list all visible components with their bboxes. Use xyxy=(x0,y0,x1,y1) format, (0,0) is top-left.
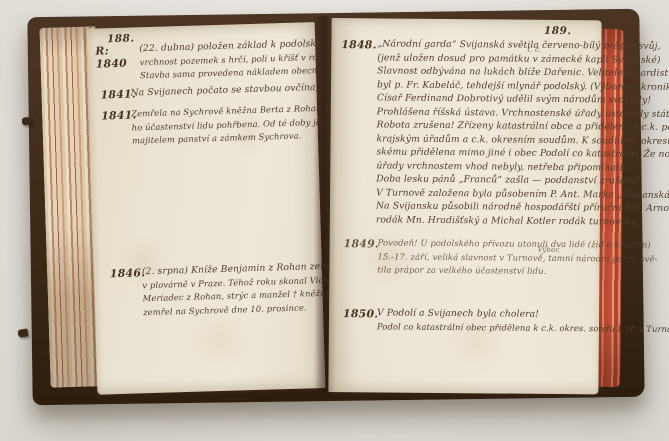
manuscript-line: Podol co katastrální obec přidělena k c.… xyxy=(377,320,669,336)
chronicle-entry-1849: 1849. Povodeň! U podolského přívozu uton… xyxy=(343,236,657,279)
clasp-top xyxy=(22,116,33,125)
chronicle-book: 188. R: 1840 (22. dubna) položen základ … xyxy=(0,0,669,441)
entry-year: R: 1840 xyxy=(95,42,140,70)
interlinear-note-1849: Výbor. xyxy=(538,246,561,254)
entry-year: 1846. xyxy=(110,265,142,280)
entry-year: 1848. xyxy=(341,37,377,51)
chronicle-entry-1850: 1850. V Podolí a Svijanech byla cholera!… xyxy=(343,306,669,336)
photo-background: 188. R: 1840 (22. dubna) položen základ … xyxy=(0,0,669,441)
manuscript-line: rodák Mn. Hradišťský a Michal Kotler rod… xyxy=(376,213,669,229)
left-page: 188. R: 1840 (22. dubna) položen základ … xyxy=(87,22,326,395)
entry-year: 1841. xyxy=(100,87,130,102)
right-page: 189. 1848. „Národní garda“ Svijanská svě… xyxy=(328,18,601,394)
chronicle-entry-1848: 1848. „Národní garda“ Svijanská světila … xyxy=(340,37,669,229)
page-number-right: 189. xyxy=(544,25,572,37)
entry-year: 1850. xyxy=(343,306,377,320)
clasp-bottom xyxy=(17,328,28,337)
entry-year: 1849. xyxy=(344,236,378,250)
manuscript-line: tila prápor za velkého účastenství lidu. xyxy=(377,263,657,279)
interlinear-note-1848: t. č. xyxy=(527,46,541,54)
entry-year: 1841. xyxy=(101,108,131,123)
